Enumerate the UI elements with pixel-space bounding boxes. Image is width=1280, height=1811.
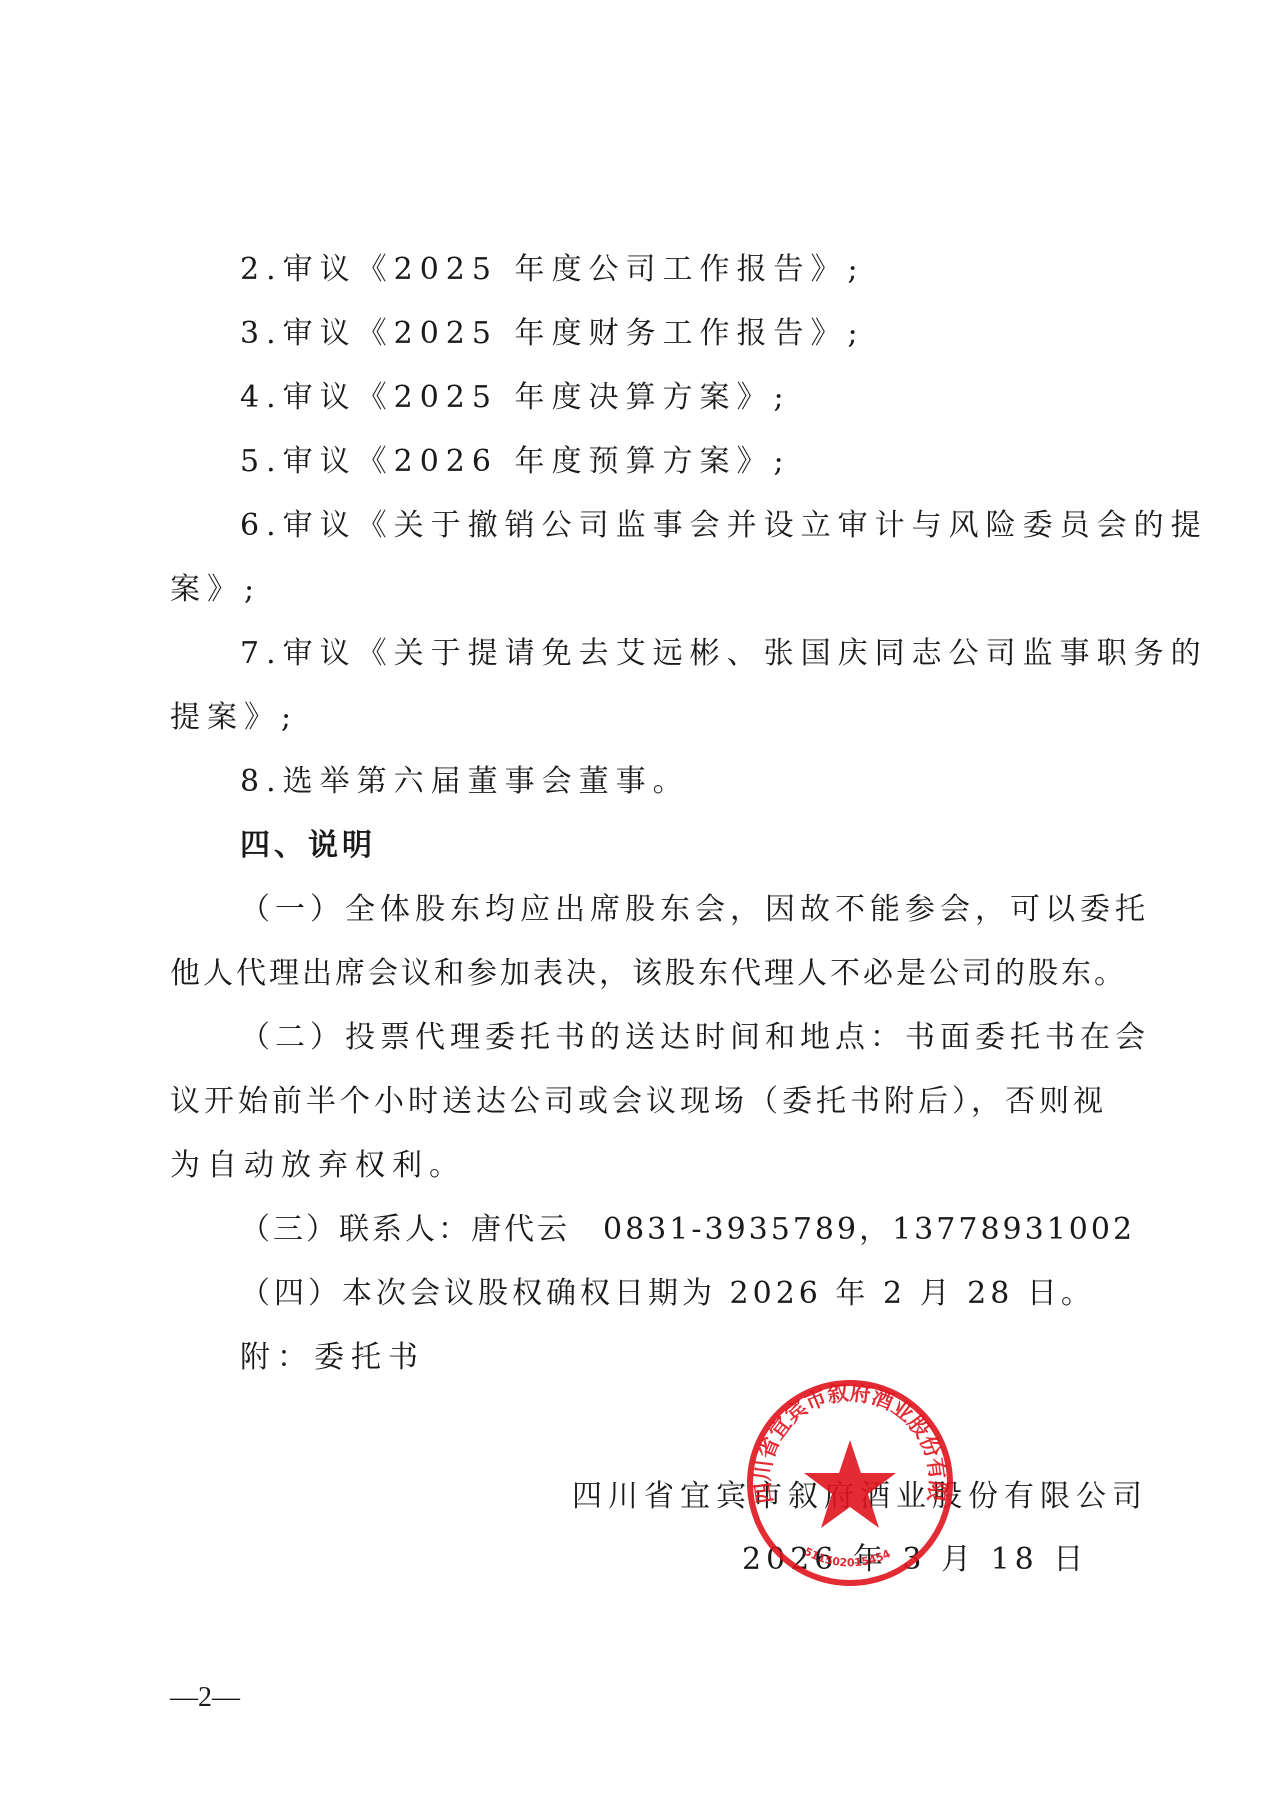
attachment-note: 附：委托书 bbox=[240, 1338, 425, 1378]
agenda-item-3: 3.审议《2025 年度财务工作报告》; bbox=[240, 314, 865, 354]
agenda-item-6-cont: 案》; bbox=[170, 570, 261, 610]
section-heading: 四、说明 bbox=[240, 826, 376, 866]
page-number: —2— bbox=[170, 1682, 240, 1714]
note-3-contact: （三）联系人：唐代云 0831-3935789，13778931002 bbox=[240, 1210, 1135, 1250]
note-1: （一）全体股东均应出席股东会，因故不能参会，可以委托 bbox=[240, 890, 1150, 930]
agenda-item-5: 5.审议《2026 年度预算方案》; bbox=[240, 442, 791, 482]
agenda-item-6: 6.审议《关于撤销公司监事会并设立审计与风险委员会的提 bbox=[240, 506, 1208, 546]
agenda-item-7-cont: 提案》; bbox=[170, 698, 298, 738]
agenda-item-2: 2.审议《2025 年度公司工作报告》; bbox=[240, 250, 865, 290]
agenda-item-8: 8.选举第六届董事会董事。 bbox=[240, 762, 690, 802]
company-seal-icon: 四川省宜宾市叙府酒业股份有限公司 511502015454 bbox=[745, 1378, 955, 1588]
agenda-item-7: 7.审议《关于提请免去艾远彬、张国庆同志公司监事职务的 bbox=[240, 634, 1208, 674]
note-1-cont: 他人代理出席会议和参加表决，该股东代理人不必是公司的股东。 bbox=[170, 954, 1127, 994]
note-2: （二）投票代理委托书的送达时间和地点：书面委托书在会 bbox=[240, 1018, 1150, 1058]
agenda-item-4: 4.审议《2025 年度决算方案》; bbox=[240, 378, 791, 418]
note-2-cont: 议开始前半个小时送达公司或会议现场（委托书附后），否则视 bbox=[170, 1082, 1107, 1122]
note-4-record-date: （四）本次会议股权确权日期为 2026 年 2 月 28 日。 bbox=[240, 1274, 1095, 1314]
svg-text:511502015454: 511502015454 bbox=[802, 1545, 893, 1570]
note-2-cont2: 为自动放弃权利。 bbox=[170, 1146, 466, 1186]
